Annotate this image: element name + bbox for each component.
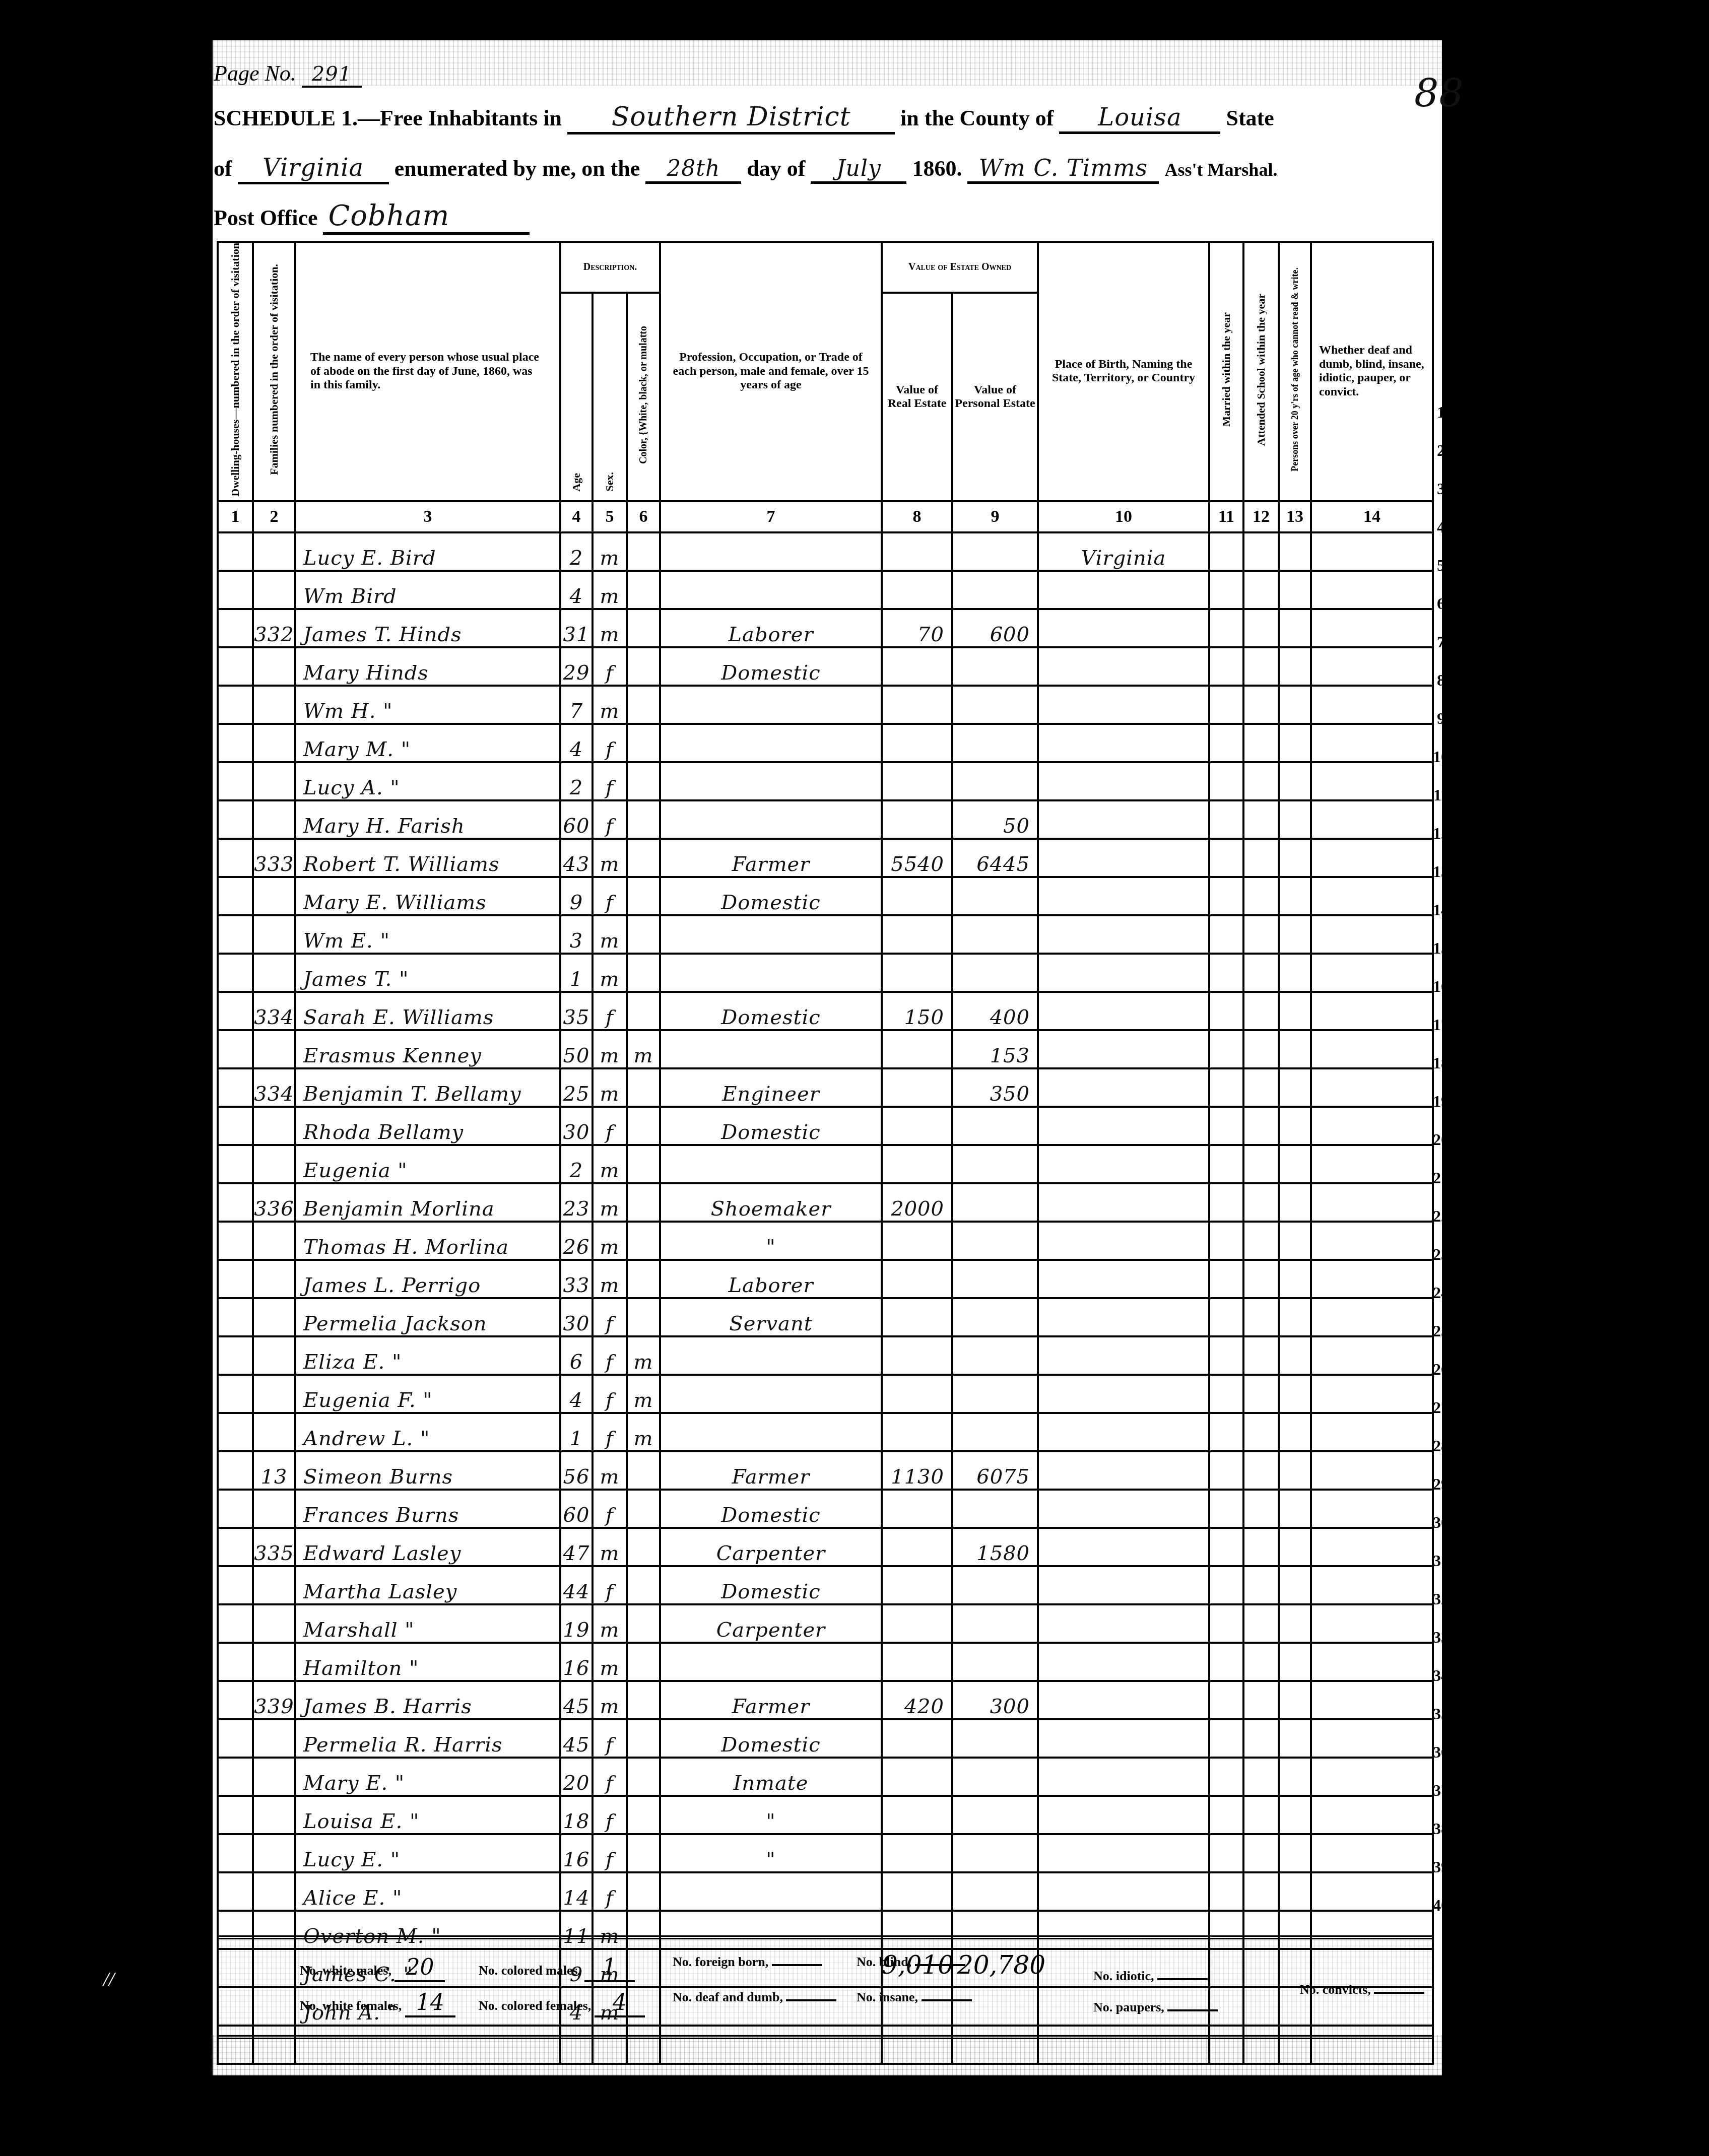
school-cell <box>1243 1068 1279 1107</box>
illiterate-cell <box>1279 1107 1311 1145</box>
sex-cell: m <box>593 1222 627 1260</box>
insane-count: No. insane, <box>857 1990 972 2005</box>
name-cell: Thomas H. Morlina <box>295 1222 560 1260</box>
age-cell: 9 <box>560 877 593 915</box>
birthplace-cell <box>1038 1566 1209 1604</box>
name-cell: Wm H. " <box>295 686 560 724</box>
family-cell <box>253 800 295 839</box>
sex-cell: f <box>593 1375 627 1413</box>
name-cell: Wm Bird <box>295 571 560 609</box>
illiterate-cell <box>1279 839 1311 877</box>
personal-estate-cell <box>952 1643 1038 1681</box>
occupation-cell: " <box>660 1796 882 1834</box>
birthplace-cell <box>1038 1681 1209 1719</box>
table-row: 334Sarah E. Williams35fDomestic150400 <box>218 992 1433 1030</box>
school-cell <box>1243 877 1279 915</box>
name-cell: Eliza E. " <box>295 1336 560 1375</box>
personal-estate-cell <box>952 1183 1038 1222</box>
illiterate-cell <box>1279 647 1311 686</box>
col-age-header: Age <box>560 293 593 501</box>
real-estate-cell <box>882 1260 952 1298</box>
occupation-cell <box>660 1643 882 1681</box>
table-row: Erasmus Kenney50mm153 <box>218 1030 1433 1068</box>
illiterate-cell <box>1279 1068 1311 1107</box>
age-cell: 30 <box>560 1298 593 1336</box>
color-cell <box>627 1604 660 1643</box>
birthplace-cell <box>1038 800 1209 839</box>
name-cell: Benjamin T. Bellamy <box>295 1068 560 1107</box>
dwelling-cell <box>218 1336 253 1375</box>
condition-cell <box>1311 1145 1433 1183</box>
color-cell <box>627 1298 660 1336</box>
occupation-cell: Domestic <box>660 1719 882 1758</box>
dwelling-cell <box>218 1107 253 1145</box>
school-cell <box>1243 1681 1279 1719</box>
sex-cell: f <box>593 1566 627 1604</box>
col-school-header: Attended School within the year <box>1243 242 1279 501</box>
illiterate-cell <box>1279 1872 1311 1911</box>
personal-estate-cell <box>952 1758 1038 1796</box>
colnum-10: 10 <box>1038 501 1209 532</box>
occupation-cell <box>660 686 882 724</box>
family-cell <box>253 1604 295 1643</box>
condition-cell <box>1311 1336 1433 1375</box>
occupation-cell: Domestic <box>660 1490 882 1528</box>
personal-estate-cell: 6075 <box>952 1451 1038 1490</box>
dwelling-cell <box>218 1260 253 1298</box>
colnum-4: 4 <box>560 501 593 532</box>
real-estate-cell: 2000 <box>882 1183 952 1222</box>
married-cell <box>1209 992 1243 1030</box>
dwelling-cell <box>218 647 253 686</box>
illiterate-cell <box>1279 1490 1311 1528</box>
family-cell: 335 <box>253 1528 295 1566</box>
row-number: 2 <box>1431 441 1451 460</box>
colnum-8: 8 <box>882 501 952 532</box>
illiterate-cell <box>1279 1336 1311 1375</box>
dwelling-cell <box>218 800 253 839</box>
name-cell: Simeon Burns <box>295 1451 560 1490</box>
illiterate-cell <box>1279 1681 1311 1719</box>
dwelling-cell <box>218 1643 253 1681</box>
color-cell <box>627 1834 660 1872</box>
color-cell <box>627 724 660 762</box>
row-number: 17 <box>1431 1016 1451 1034</box>
family-cell <box>253 1145 295 1183</box>
personal-estate-cell <box>952 877 1038 915</box>
colnum-7: 7 <box>660 501 882 532</box>
name-cell: James T. " <box>295 954 560 992</box>
dwelling-cell <box>218 1528 253 1566</box>
occupation-cell <box>660 1030 882 1068</box>
row-number: 29 <box>1431 1475 1451 1494</box>
table-row: Thomas H. Morlina26m" <box>218 1222 1433 1260</box>
row-number: 15 <box>1431 939 1451 958</box>
color-cell <box>627 1643 660 1681</box>
birthplace-cell <box>1038 686 1209 724</box>
birthplace-cell <box>1038 1413 1209 1451</box>
school-cell <box>1243 1566 1279 1604</box>
sex-cell: m <box>593 1145 627 1183</box>
table-row: James L. Perrigo33mLaborer <box>218 1260 1433 1298</box>
personal-estate-cell: 300 <box>952 1681 1038 1719</box>
table-row: Eugenia F. "4fm <box>218 1375 1433 1413</box>
married-cell <box>1209 1719 1243 1758</box>
condition-cell <box>1311 762 1433 800</box>
school-cell <box>1243 1030 1279 1068</box>
family-cell <box>253 532 295 571</box>
colnum-13: 13 <box>1279 501 1311 532</box>
table-row: Mary M. "4f <box>218 724 1433 762</box>
occupation-cell <box>660 1145 882 1183</box>
real-estate-cell <box>882 1604 952 1643</box>
birthplace-cell <box>1038 724 1209 762</box>
personal-estate-cell <box>952 1298 1038 1336</box>
sex-cell: f <box>593 762 627 800</box>
census-page: Page No. 291 88 SCHEDULE 1.—Free Inhabit… <box>213 40 1442 2075</box>
condition-cell <box>1311 992 1433 1030</box>
age-cell: 2 <box>560 1145 593 1183</box>
row-number: 25 <box>1431 1322 1451 1340</box>
married-cell <box>1209 1643 1243 1681</box>
personal-estate-cell <box>952 1413 1038 1451</box>
personal-estate-cell <box>952 1145 1038 1183</box>
occupation-cell: Domestic <box>660 1107 882 1145</box>
row-number: 33 <box>1431 1628 1451 1647</box>
condition-cell <box>1311 1834 1433 1872</box>
age-cell: 45 <box>560 1719 593 1758</box>
row-number: 28 <box>1431 1437 1451 1455</box>
real-estate-total: 9,010 <box>882 1950 954 1980</box>
illiterate-cell <box>1279 1528 1311 1566</box>
scan-noise-bottom <box>213 2035 1442 2075</box>
value-group-header: Value of Estate Owned <box>882 242 1038 293</box>
row-number: 27 <box>1431 1398 1451 1417</box>
real-estate-cell <box>882 1068 952 1107</box>
row-number: 32 <box>1431 1590 1451 1608</box>
family-cell <box>253 877 295 915</box>
age-cell: 4 <box>560 571 593 609</box>
table-row: Mary E. Williams9fDomestic <box>218 877 1433 915</box>
personal-estate-cell <box>952 1336 1038 1375</box>
married-cell <box>1209 839 1243 877</box>
birthplace-cell <box>1038 1068 1209 1107</box>
table-row: 336Benjamin Morlina23mShoemaker2000 <box>218 1183 1433 1222</box>
dwelling-cell <box>218 1681 253 1719</box>
table-row: Wm E. "3m <box>218 915 1433 954</box>
school-cell <box>1243 1796 1279 1834</box>
sex-cell: m <box>593 1604 627 1643</box>
dwelling-cell <box>218 762 253 800</box>
married-cell <box>1209 915 1243 954</box>
sex-cell: m <box>593 1451 627 1490</box>
school-cell <box>1243 1413 1279 1451</box>
personal-estate-cell: 50 <box>952 800 1038 839</box>
post-office-value: Cobham <box>323 199 530 235</box>
sex-cell: m <box>593 1681 627 1719</box>
birthplace-cell <box>1038 1719 1209 1758</box>
table-row: Rhoda Bellamy30fDomestic <box>218 1107 1433 1145</box>
school-cell <box>1243 1107 1279 1145</box>
sex-cell: m <box>593 1528 627 1566</box>
school-cell <box>1243 1260 1279 1298</box>
row-number: 38 <box>1431 1820 1451 1838</box>
census-rows: Lucy E. Bird2mVirginiaWm Bird4m332James … <box>218 532 1433 2064</box>
illiterate-cell <box>1279 1375 1311 1413</box>
married-cell <box>1209 954 1243 992</box>
color-cell <box>627 1145 660 1183</box>
sex-cell: f <box>593 1107 627 1145</box>
color-cell <box>627 1222 660 1260</box>
sex-cell: m <box>593 1030 627 1068</box>
sex-cell: f <box>593 647 627 686</box>
condition-cell <box>1311 1451 1433 1490</box>
color-cell <box>627 954 660 992</box>
real-estate-cell <box>882 724 952 762</box>
row-number: 22 <box>1431 1207 1451 1226</box>
personal-estate-cell <box>952 1872 1038 1911</box>
married-cell <box>1209 877 1243 915</box>
sex-cell: m <box>593 915 627 954</box>
condition-cell <box>1311 1260 1433 1298</box>
school-cell <box>1243 532 1279 571</box>
enumeration-line: of Virginia enumerated by me, on the 28t… <box>214 154 1277 184</box>
condition-cell <box>1311 1298 1433 1336</box>
name-cell: Permelia R. Harris <box>295 1719 560 1758</box>
family-cell <box>253 1566 295 1604</box>
school-cell <box>1243 1451 1279 1490</box>
condition-cell <box>1311 1872 1433 1911</box>
real-estate-cell: 150 <box>882 992 952 1030</box>
illiterate-cell <box>1279 1298 1311 1336</box>
sex-cell: f <box>593 1490 627 1528</box>
birthplace-cell <box>1038 1834 1209 1872</box>
age-cell: 18 <box>560 1796 593 1834</box>
family-cell <box>253 1030 295 1068</box>
occupation-cell: Shoemaker <box>660 1183 882 1222</box>
scan-noise-top <box>213 40 1442 86</box>
color-cell: m <box>627 1375 660 1413</box>
family-cell <box>253 1490 295 1528</box>
age-cell: 31 <box>560 609 593 647</box>
illiterate-cell <box>1279 1183 1311 1222</box>
occupation-cell <box>660 1375 882 1413</box>
age-cell: 60 <box>560 800 593 839</box>
birthplace-cell <box>1038 1336 1209 1375</box>
age-cell: 56 <box>560 1451 593 1490</box>
family-cell <box>253 1413 295 1451</box>
name-cell: Permelia Jackson <box>295 1298 560 1336</box>
condition-cell <box>1311 1413 1433 1451</box>
birthplace-cell <box>1038 1107 1209 1145</box>
illiterate-cell <box>1279 1260 1311 1298</box>
row-number: 11 <box>1431 786 1451 804</box>
dwelling-cell <box>218 1068 253 1107</box>
family-cell: 339 <box>253 1681 295 1719</box>
sex-cell: f <box>593 877 627 915</box>
birthplace-cell <box>1038 954 1209 992</box>
row-number: 30 <box>1431 1513 1451 1532</box>
name-cell: Wm E. " <box>295 915 560 954</box>
family-cell <box>253 1298 295 1336</box>
personal-estate-cell <box>952 1260 1038 1298</box>
personal-estate-cell: 350 <box>952 1068 1038 1107</box>
personal-estate-total: 20,780 <box>957 1950 1045 1980</box>
name-cell: James B. Harris <box>295 1681 560 1719</box>
sex-cell: f <box>593 992 627 1030</box>
school-cell <box>1243 724 1279 762</box>
illiterate-cell <box>1279 1604 1311 1643</box>
illiterate-cell <box>1279 571 1311 609</box>
married-cell <box>1209 1030 1243 1068</box>
row-number: 18 <box>1431 1054 1451 1072</box>
age-cell: 2 <box>560 532 593 571</box>
table-row: Frances Burns60fDomestic <box>218 1490 1433 1528</box>
family-cell <box>253 1336 295 1375</box>
family-cell: 336 <box>253 1183 295 1222</box>
condition-cell <box>1311 1107 1433 1145</box>
colnum-1: 1 <box>218 501 253 532</box>
age-cell: 30 <box>560 1107 593 1145</box>
birthplace-cell <box>1038 915 1209 954</box>
birthplace-cell <box>1038 1643 1209 1681</box>
color-cell <box>627 532 660 571</box>
school-cell <box>1243 1604 1279 1643</box>
real-estate-cell <box>882 1796 952 1834</box>
color-cell <box>627 1451 660 1490</box>
married-cell <box>1209 532 1243 571</box>
married-cell <box>1209 647 1243 686</box>
school-cell <box>1243 1758 1279 1796</box>
birthplace-cell <box>1038 647 1209 686</box>
row-number: 16 <box>1431 977 1451 996</box>
age-cell: 25 <box>560 1068 593 1107</box>
occupation-cell: Servant <box>660 1298 882 1336</box>
illiterate-cell <box>1279 954 1311 992</box>
table-row: Mary H. Farish60f50 <box>218 800 1433 839</box>
table-row: 13Simeon Burns56mFarmer11306075 <box>218 1451 1433 1490</box>
illiterate-cell <box>1279 762 1311 800</box>
occupation-cell: Laborer <box>660 609 882 647</box>
real-estate-cell <box>882 915 952 954</box>
color-cell <box>627 647 660 686</box>
header-row-group: Dwelling-houses—numbered in the order of… <box>218 242 1433 293</box>
age-cell: 14 <box>560 1872 593 1911</box>
school-cell <box>1243 954 1279 992</box>
dwelling-cell <box>218 1451 253 1490</box>
real-estate-cell <box>882 1336 952 1375</box>
col-illiterate-header: Persons over 20 y'rs of age who cannot r… <box>1279 242 1311 501</box>
condition-cell <box>1311 1528 1433 1566</box>
dwelling-cell <box>218 954 253 992</box>
dwelling-cell <box>218 571 253 609</box>
sex-cell: f <box>593 800 627 839</box>
illiterate-cell <box>1279 1719 1311 1758</box>
illiterate-cell <box>1279 532 1311 571</box>
age-cell: 35 <box>560 992 593 1030</box>
dwelling-cell <box>218 686 253 724</box>
colnum-5: 5 <box>593 501 627 532</box>
row-number: 19 <box>1431 1092 1451 1111</box>
name-cell: Mary Hinds <box>295 647 560 686</box>
married-cell <box>1209 800 1243 839</box>
name-cell: Eugenia " <box>295 1145 560 1183</box>
family-cell <box>253 915 295 954</box>
name-cell: Frances Burns <box>295 1490 560 1528</box>
school-cell <box>1243 1643 1279 1681</box>
schedule-line: SCHEDULE 1.—Free Inhabitants in Southern… <box>214 102 1274 134</box>
personal-estate-cell <box>952 1490 1038 1528</box>
table-row: Louisa E. "18f" <box>218 1796 1433 1834</box>
occupation-cell: Inmate <box>660 1758 882 1796</box>
name-cell: Mary M. " <box>295 724 560 762</box>
real-estate-cell <box>882 1719 952 1758</box>
sex-cell: m <box>593 609 627 647</box>
age-cell: 50 <box>560 1030 593 1068</box>
sex-cell: m <box>593 1068 627 1107</box>
dwelling-cell <box>218 724 253 762</box>
condition-cell <box>1311 839 1433 877</box>
personal-estate-cell: 400 <box>952 992 1038 1030</box>
real-estate-cell <box>882 1872 952 1911</box>
real-estate-cell <box>882 1030 952 1068</box>
name-cell: Lucy E. " <box>295 1834 560 1872</box>
family-cell: 332 <box>253 609 295 647</box>
family-cell <box>253 724 295 762</box>
family-cell: 13 <box>253 1451 295 1490</box>
dwelling-cell <box>218 1604 253 1643</box>
row-number: 34 <box>1431 1666 1451 1685</box>
condition-cell <box>1311 647 1433 686</box>
sex-cell: m <box>593 839 627 877</box>
occupation-cell <box>660 1872 882 1911</box>
table-row: 333Robert T. Williams43mFarmer55406445 <box>218 839 1433 877</box>
deaf-dumb-count: No. deaf and dumb, <box>673 1990 836 2005</box>
personal-estate-cell <box>952 647 1038 686</box>
real-estate-cell <box>882 571 952 609</box>
district-value: Southern District <box>567 102 895 134</box>
real-estate-cell <box>882 762 952 800</box>
illiterate-cell <box>1279 1834 1311 1872</box>
table-row: Permelia Jackson30fServant <box>218 1298 1433 1336</box>
occupation-cell <box>660 1413 882 1451</box>
name-cell: Rhoda Bellamy <box>295 1107 560 1145</box>
name-cell: Erasmus Kenney <box>295 1030 560 1068</box>
table-row: Marshall "19mCarpenter <box>218 1604 1433 1643</box>
school-cell <box>1243 1719 1279 1758</box>
married-cell <box>1209 1796 1243 1834</box>
personal-estate-cell <box>952 1566 1038 1604</box>
age-cell: 43 <box>560 839 593 877</box>
color-cell: m <box>627 1030 660 1068</box>
sex-cell: f <box>593 1834 627 1872</box>
row-number: 20 <box>1431 1130 1451 1149</box>
sex-cell: m <box>593 686 627 724</box>
dwelling-cell <box>218 1719 253 1758</box>
age-cell: 29 <box>560 647 593 686</box>
paupers-count: No. paupers, <box>1093 2000 1218 2015</box>
condition-cell <box>1311 1375 1433 1413</box>
occupation-cell <box>660 532 882 571</box>
sex-cell: m <box>593 954 627 992</box>
birthplace-cell <box>1038 1490 1209 1528</box>
name-cell: Alice E. " <box>295 1872 560 1911</box>
name-cell: Martha Lasley <box>295 1566 560 1604</box>
row-number: 9 <box>1431 709 1451 728</box>
school-cell <box>1243 1145 1279 1183</box>
condition-cell <box>1311 1222 1433 1260</box>
sex-cell: f <box>593 1796 627 1834</box>
